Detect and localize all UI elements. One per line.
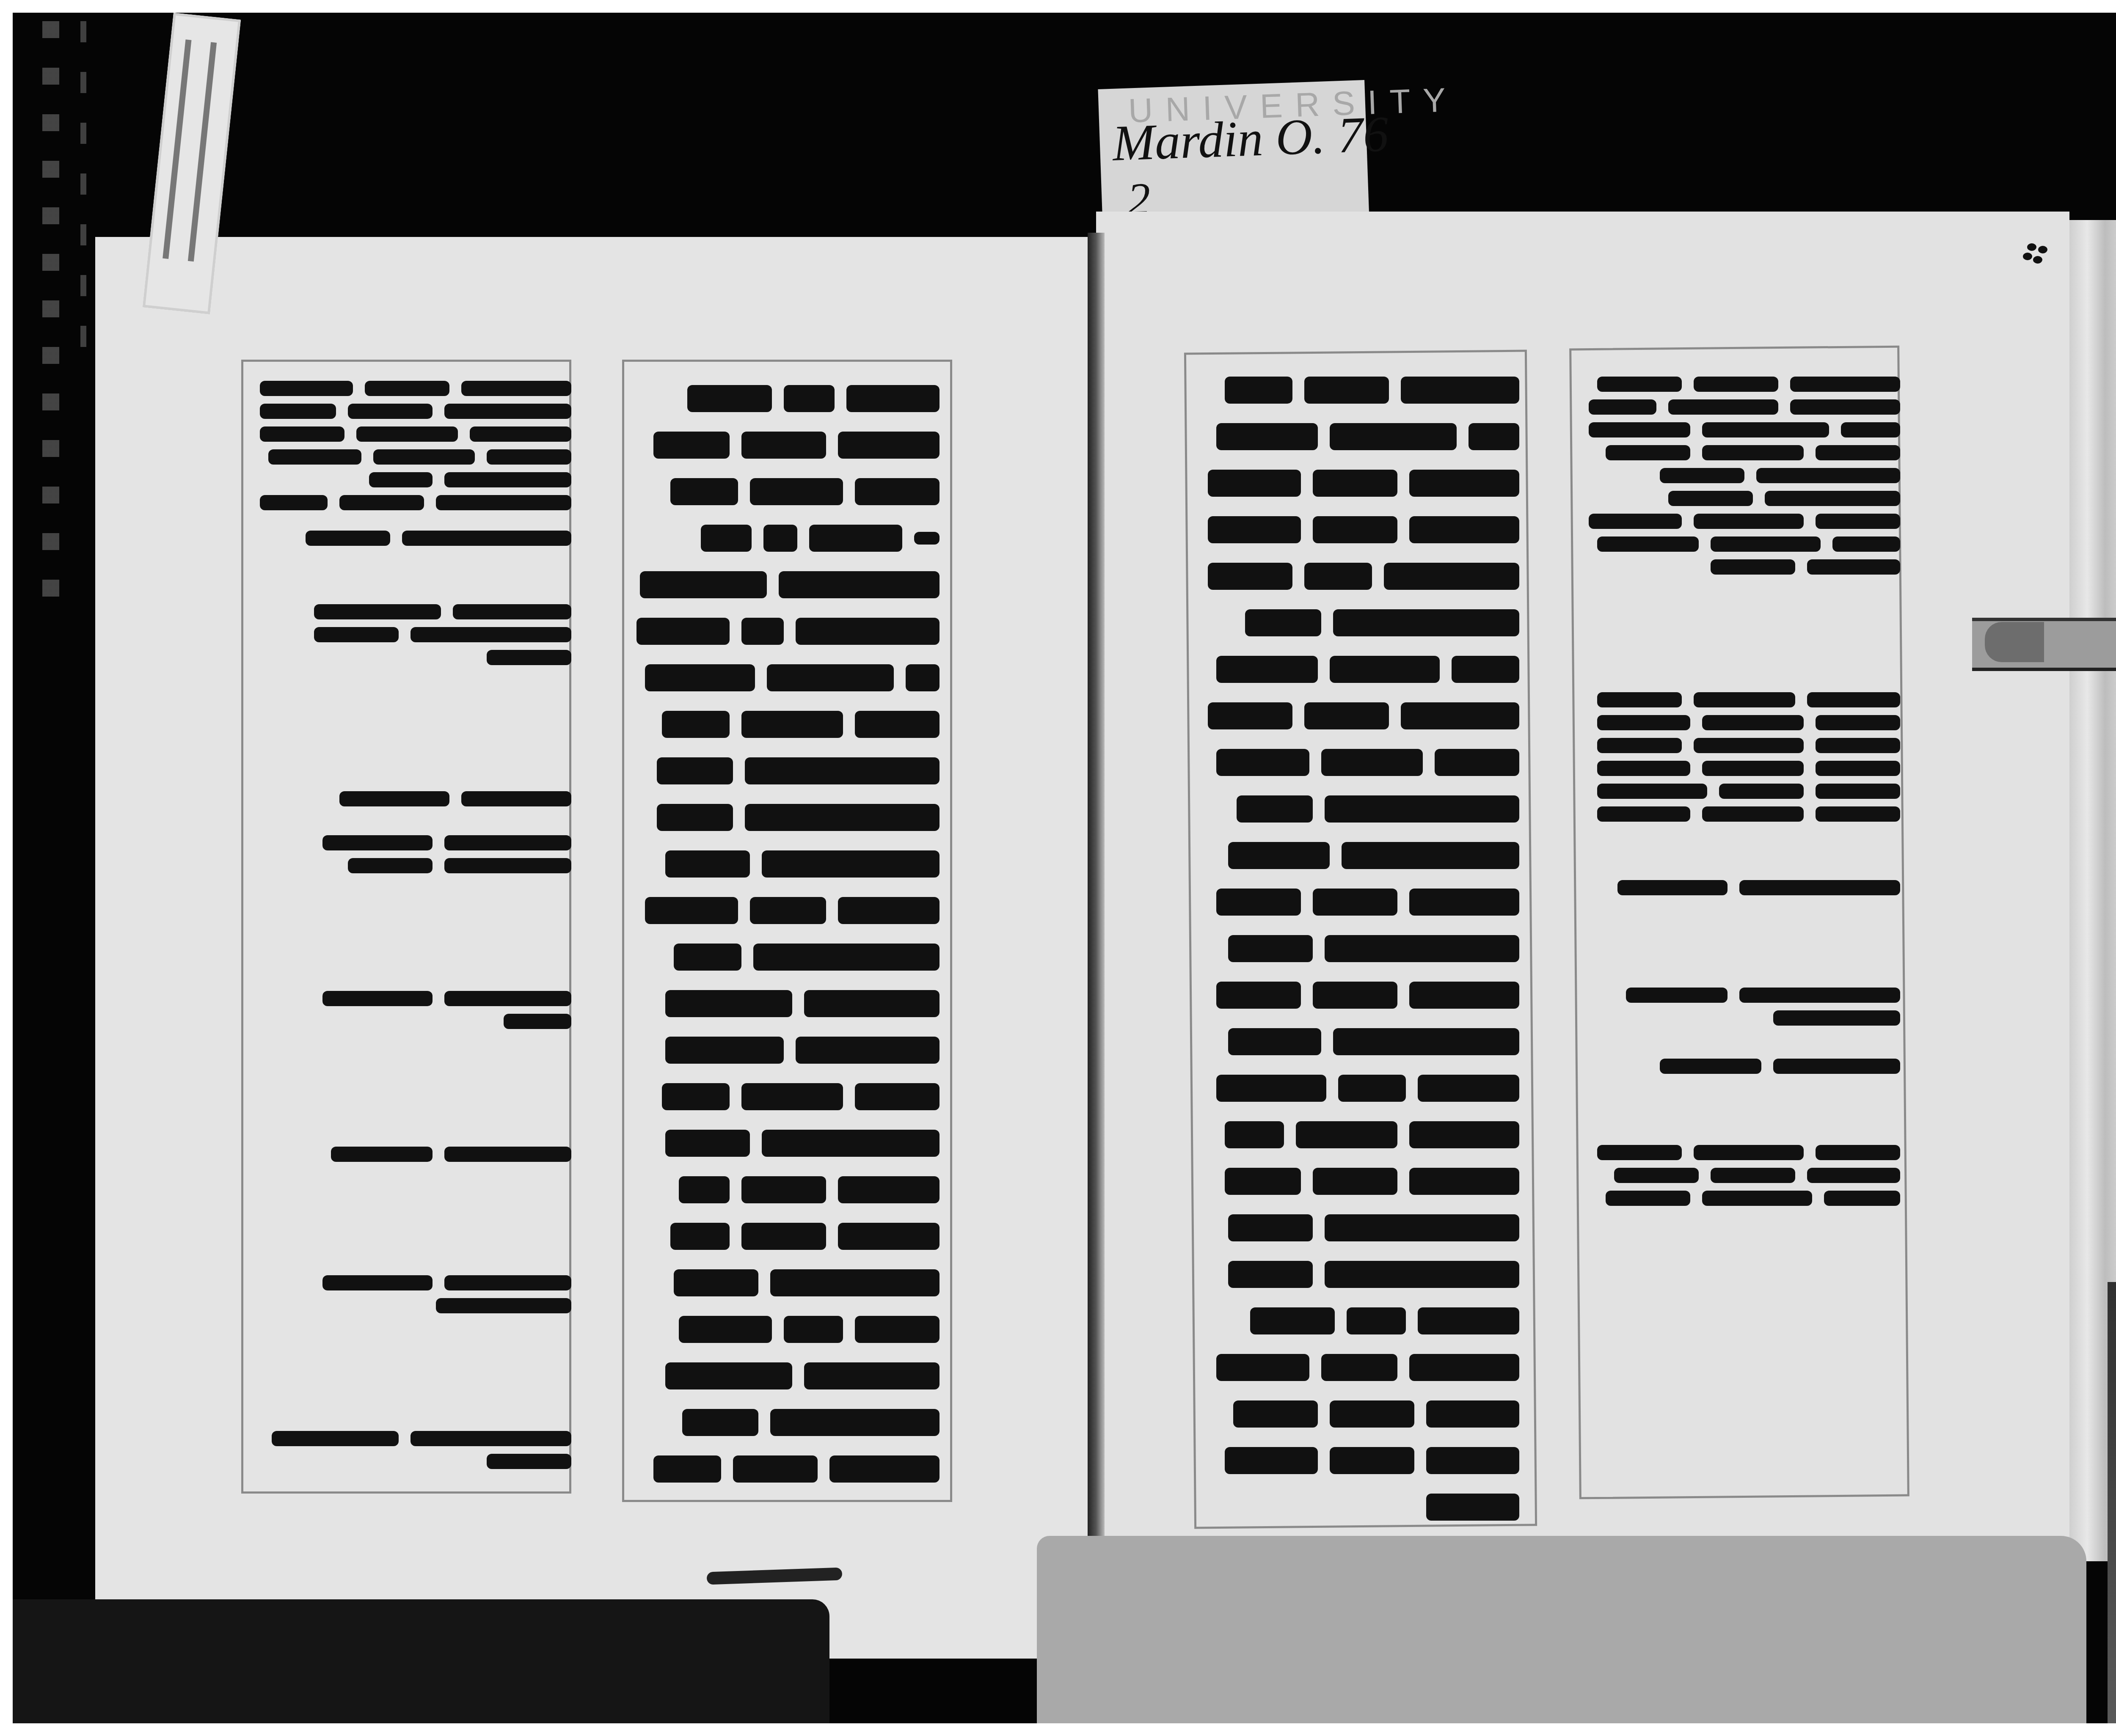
left-margin-text: [250, 381, 571, 1469]
background-stitching: [42, 21, 59, 614]
gutter: [1088, 233, 1105, 1557]
book-weight: [1037, 1536, 2086, 1723]
shelf-label: UNIVERSITY Mardin O. 76 2: [1098, 80, 1369, 229]
label-shelfmark: Mardin O. 76: [1112, 105, 1390, 173]
right-margin-text: [1587, 377, 1900, 1206]
background-stitching: [80, 21, 86, 360]
right-main-text: [1198, 377, 1519, 1521]
dark-cloth: [13, 1599, 829, 1723]
manuscript-photo: UNIVERSITY Mardin O. 76 2: [13, 13, 2116, 1723]
left-main-text: [635, 385, 940, 1483]
quatrefoil-ornament-icon: [2023, 243, 2048, 269]
background-corner: [2108, 1282, 2116, 1723]
metal-clip-tip: [1985, 622, 2044, 662]
